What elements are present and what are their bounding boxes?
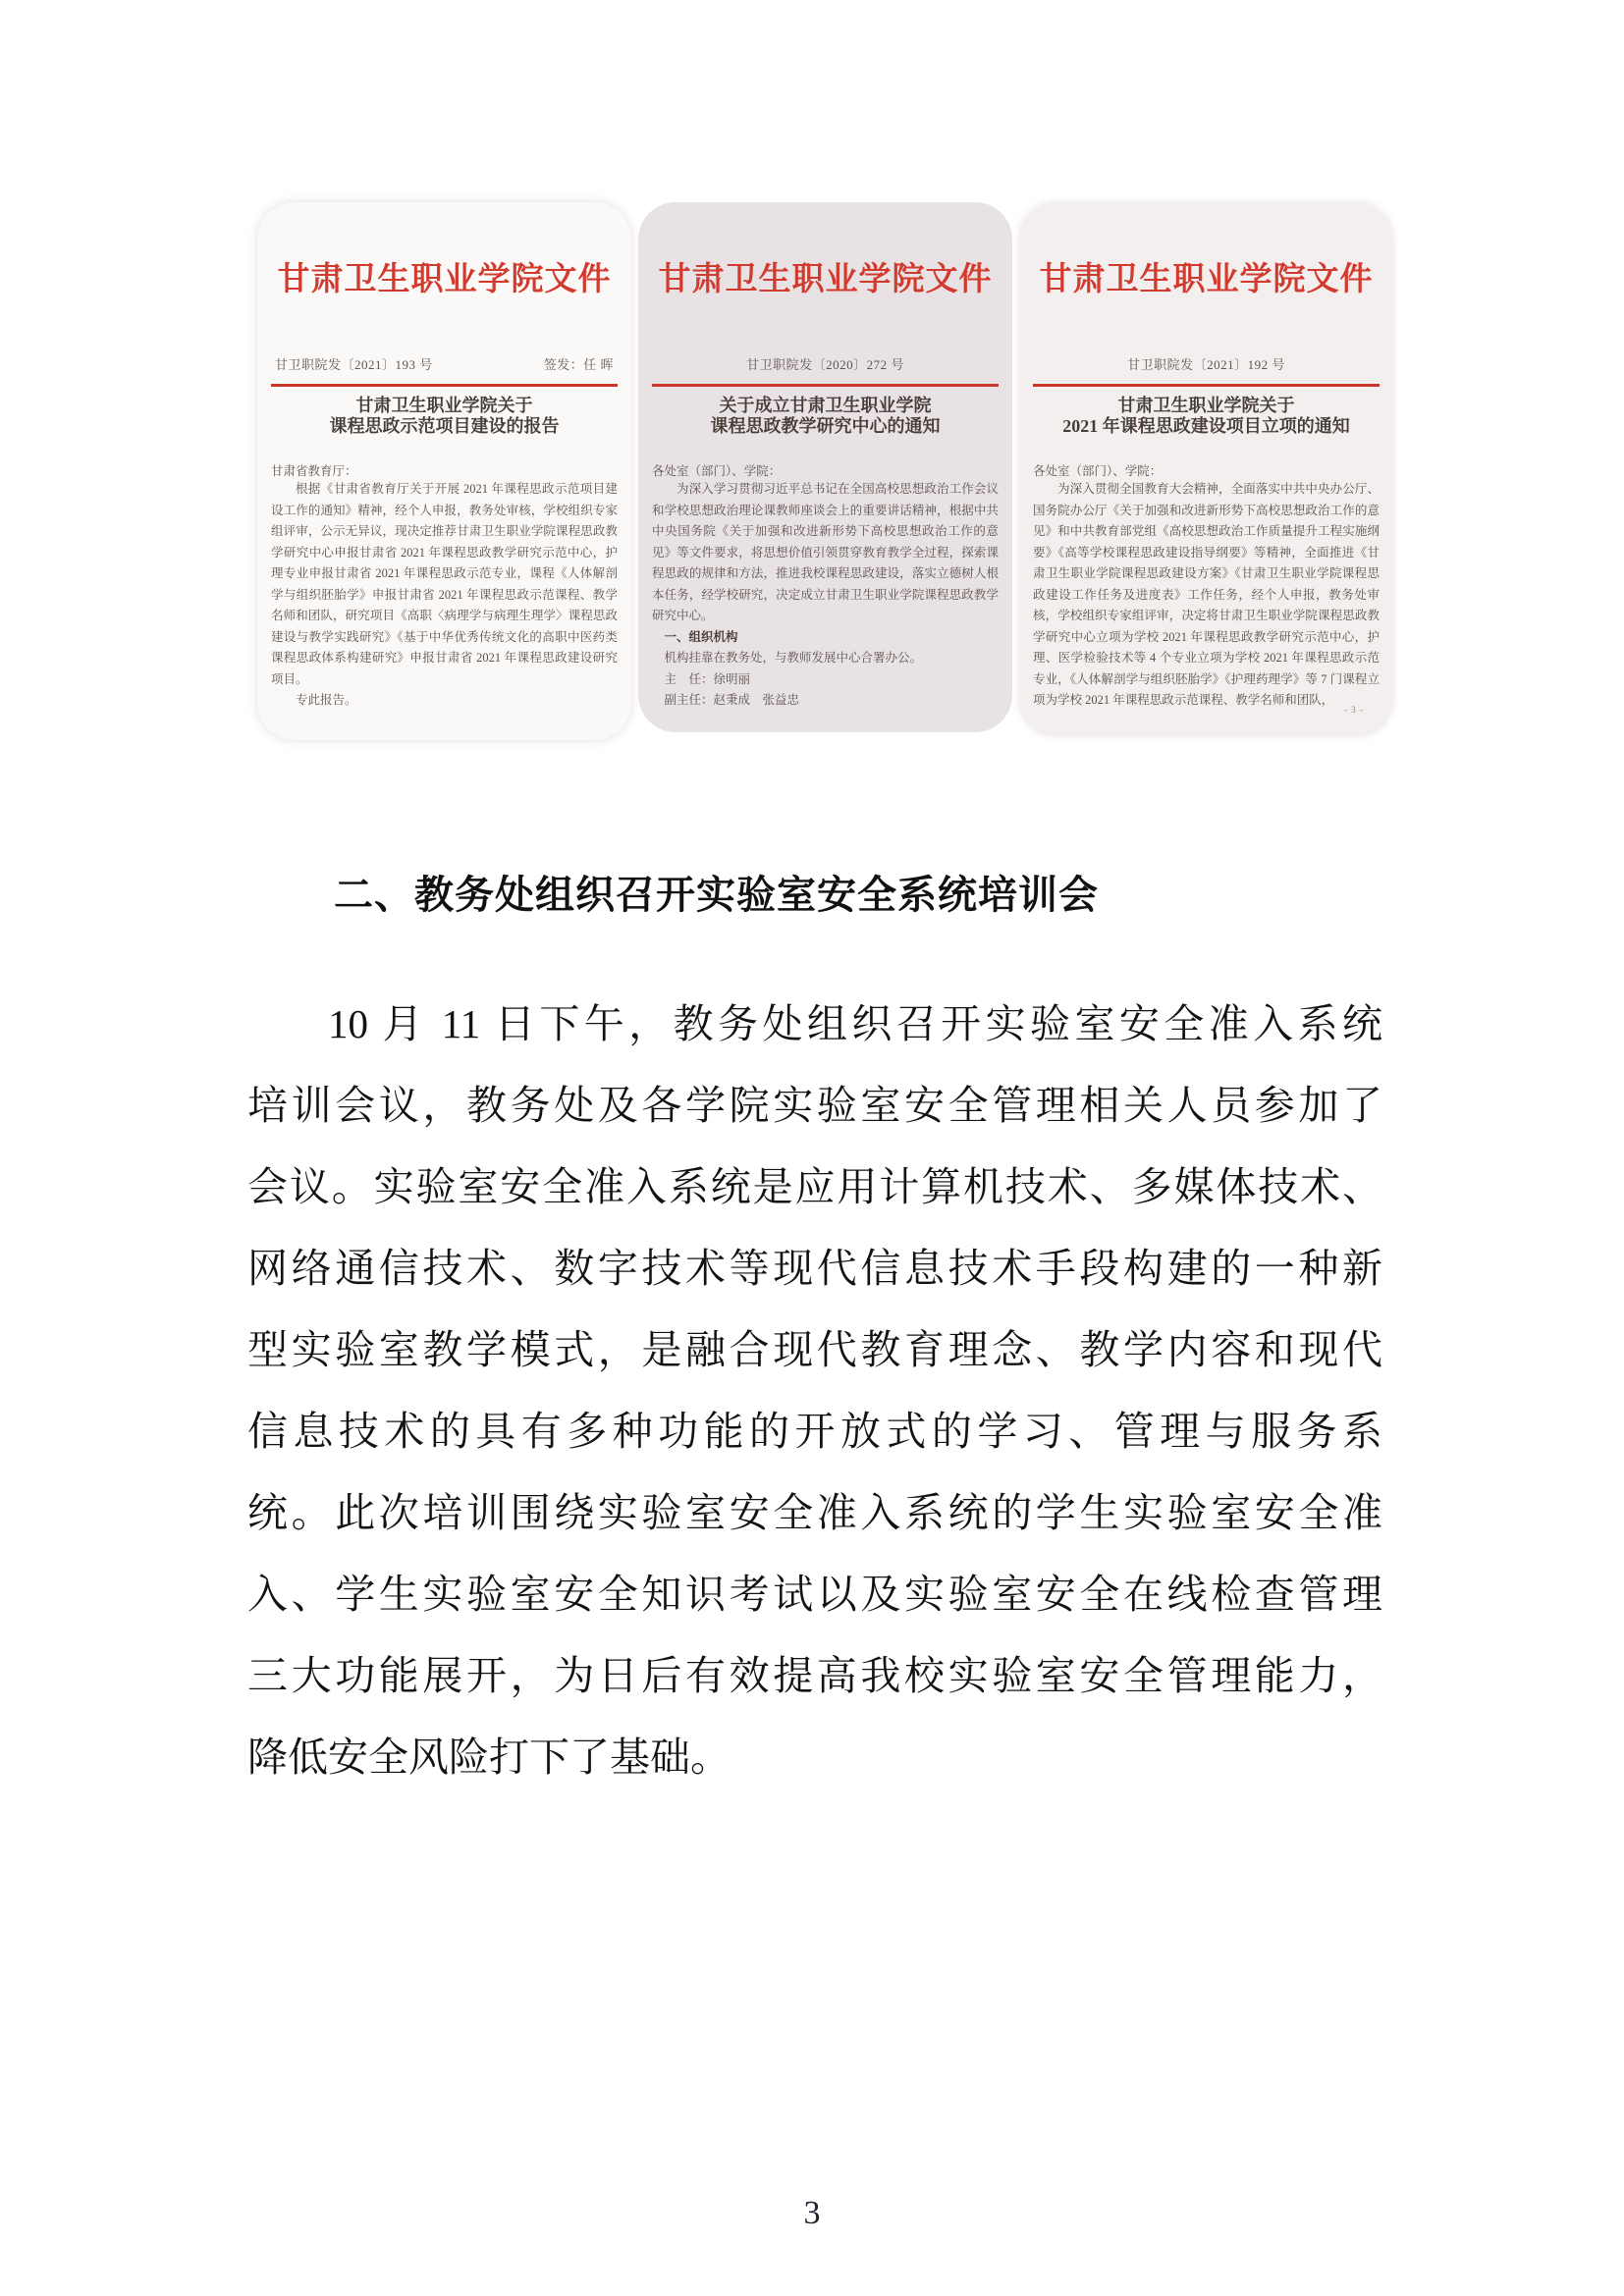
- scan-banner-title: 甘肃卫生职业学院文件: [652, 253, 999, 299]
- scan-body-text: 为深入贯彻全国教育大会精神，全面落实中共中央办公厅、国务院办公厅《关于加强和改进…: [1033, 479, 1380, 712]
- paragraph-line: 培训会议，教务处及各学院实验室安全管理相关人员参加了: [247, 1065, 1382, 1147]
- scan-banner-title: 甘肃卫生职业学院文件: [1033, 253, 1380, 299]
- paragraph-line: 信息技术的具有多种功能的开放式的学习、管理与服务系: [247, 1391, 1382, 1472]
- scan-doc-title: 甘肃卫生职业学院关于 2021 年课程思政建设项目立项的通知: [1033, 396, 1380, 437]
- scanned-documents-row: 甘肃卫生职业学院文件 甘卫职院发〔2021〕193 号 签发：任 晖 甘肃卫生职…: [257, 202, 1394, 742]
- scan-closing-text: 专此报告。: [271, 690, 618, 712]
- scan-doc-title-line1: 甘肃卫生职业学院关于: [271, 396, 618, 416]
- scan-salutation: 各处室（部门）、学院：: [1033, 461, 1380, 479]
- scan-director-line: 主 任：徐明丽: [652, 669, 999, 691]
- scan-doc-title: 甘肃卫生职业学院关于 课程思政示范项目建设的报告: [271, 396, 618, 437]
- scan-doc-meta: 甘卫职院发〔2021〕193 号 签发：任 晖: [271, 354, 618, 373]
- scan-salutation: 各处室（部门）、学院：: [652, 461, 999, 479]
- scanned-document-notice-projects: 甘肃卫生职业学院文件 甘卫职院发〔2021〕192 号 甘肃卫生职业学院关于 2…: [1019, 202, 1393, 736]
- scan-doc-title-line2: 课程思政示范项目建设的报告: [271, 416, 618, 437]
- scan-org-line: 机构挂靠在教务处，与教师发展中心合署办公。: [652, 648, 999, 669]
- scanned-document-report: 甘肃卫生职业学院文件 甘卫职院发〔2021〕193 号 签发：任 晖 甘肃卫生职…: [257, 202, 631, 740]
- paragraph-line: 会议。实验室安全准入系统是应用计算机技术、多媒体技术、: [247, 1147, 1382, 1228]
- paragraph-line: 统。此次培训围绕实验室安全准入系统的学生实验室安全准: [247, 1472, 1382, 1554]
- scan-doc-number: 甘卫职院发〔2021〕193 号: [275, 354, 433, 373]
- scan-doc-issuer: 签发：任 晖: [544, 354, 614, 373]
- scan-page-marker: - 3 -: [1344, 705, 1364, 715]
- red-divider-line: [652, 384, 999, 387]
- paragraph-line: 入、学生实验室安全知识考试以及实验室安全在线检查管理: [247, 1554, 1382, 1635]
- section-heading: 二、教务处组织召开实验室安全系统培训会: [334, 864, 1099, 920]
- scan-deputy-line: 副主任：赵秉成 张益忠: [652, 690, 999, 712]
- scan-salutation: 甘肃省教育厅：: [271, 461, 618, 479]
- scan-banner-title: 甘肃卫生职业学院文件: [271, 253, 618, 299]
- scan-body-text: 为深入学习贯彻习近平总书记在全国高校思想政治工作会议和学校思想政治理论课教师座谈…: [652, 479, 999, 627]
- scan-body-text: 根据《甘肃省教育厅关于开展 2021 年课程思政示范项目建设工作的通知》精神，经…: [271, 479, 618, 690]
- scan-doc-title-line1: 甘肃卫生职业学院关于: [1033, 396, 1380, 416]
- red-divider-line: [271, 384, 618, 387]
- paragraph-line: 三大功能展开，为日后有效提高我校实验室安全管理能力，: [247, 1635, 1382, 1717]
- document-page: 甘肃卫生职业学院文件 甘卫职院发〔2021〕193 号 签发：任 晖 甘肃卫生职…: [0, 0, 1624, 2296]
- scanned-document-notice-center: 甘肃卫生职业学院文件 甘卫职院发〔2020〕272 号 关于成立甘肃卫生职业学院…: [638, 202, 1012, 732]
- scan-doc-meta: 甘卫职院发〔2021〕192 号: [1033, 354, 1380, 373]
- paragraph-line: 降低安全风险打下了基础。: [247, 1717, 1382, 1798]
- scan-doc-title-line2: 课程思政教学研究中心的通知: [652, 416, 999, 437]
- scan-doc-number: 甘卫职院发〔2021〕192 号: [1127, 354, 1285, 373]
- red-divider-line: [1033, 384, 1380, 387]
- paragraph-line: 10 月 11 日下午，教务处组织召开实验室安全准入系统: [247, 984, 1382, 1065]
- scan-section-heading: 一、组织机构: [652, 627, 999, 649]
- scan-doc-number: 甘卫职院发〔2020〕272 号: [746, 354, 904, 373]
- paragraph-line: 型实验室教学模式，是融合现代教育理念、教学内容和现代: [247, 1309, 1382, 1391]
- scan-doc-meta: 甘卫职院发〔2020〕272 号: [652, 354, 999, 373]
- scan-doc-title-line1: 关于成立甘肃卫生职业学院: [652, 396, 999, 416]
- scan-doc-title-line2: 2021 年课程思政建设项目立项的通知: [1033, 416, 1380, 437]
- scan-doc-title: 关于成立甘肃卫生职业学院 课程思政教学研究中心的通知: [652, 396, 999, 437]
- body-paragraph: 10 月 11 日下午，教务处组织召开实验室安全准入系统 培训会议，教务处及各学…: [247, 984, 1382, 1798]
- page-number: 3: [0, 2195, 1624, 2232]
- paragraph-line: 网络通信技术、数字技术等现代信息技术手段构建的一种新: [247, 1228, 1382, 1309]
